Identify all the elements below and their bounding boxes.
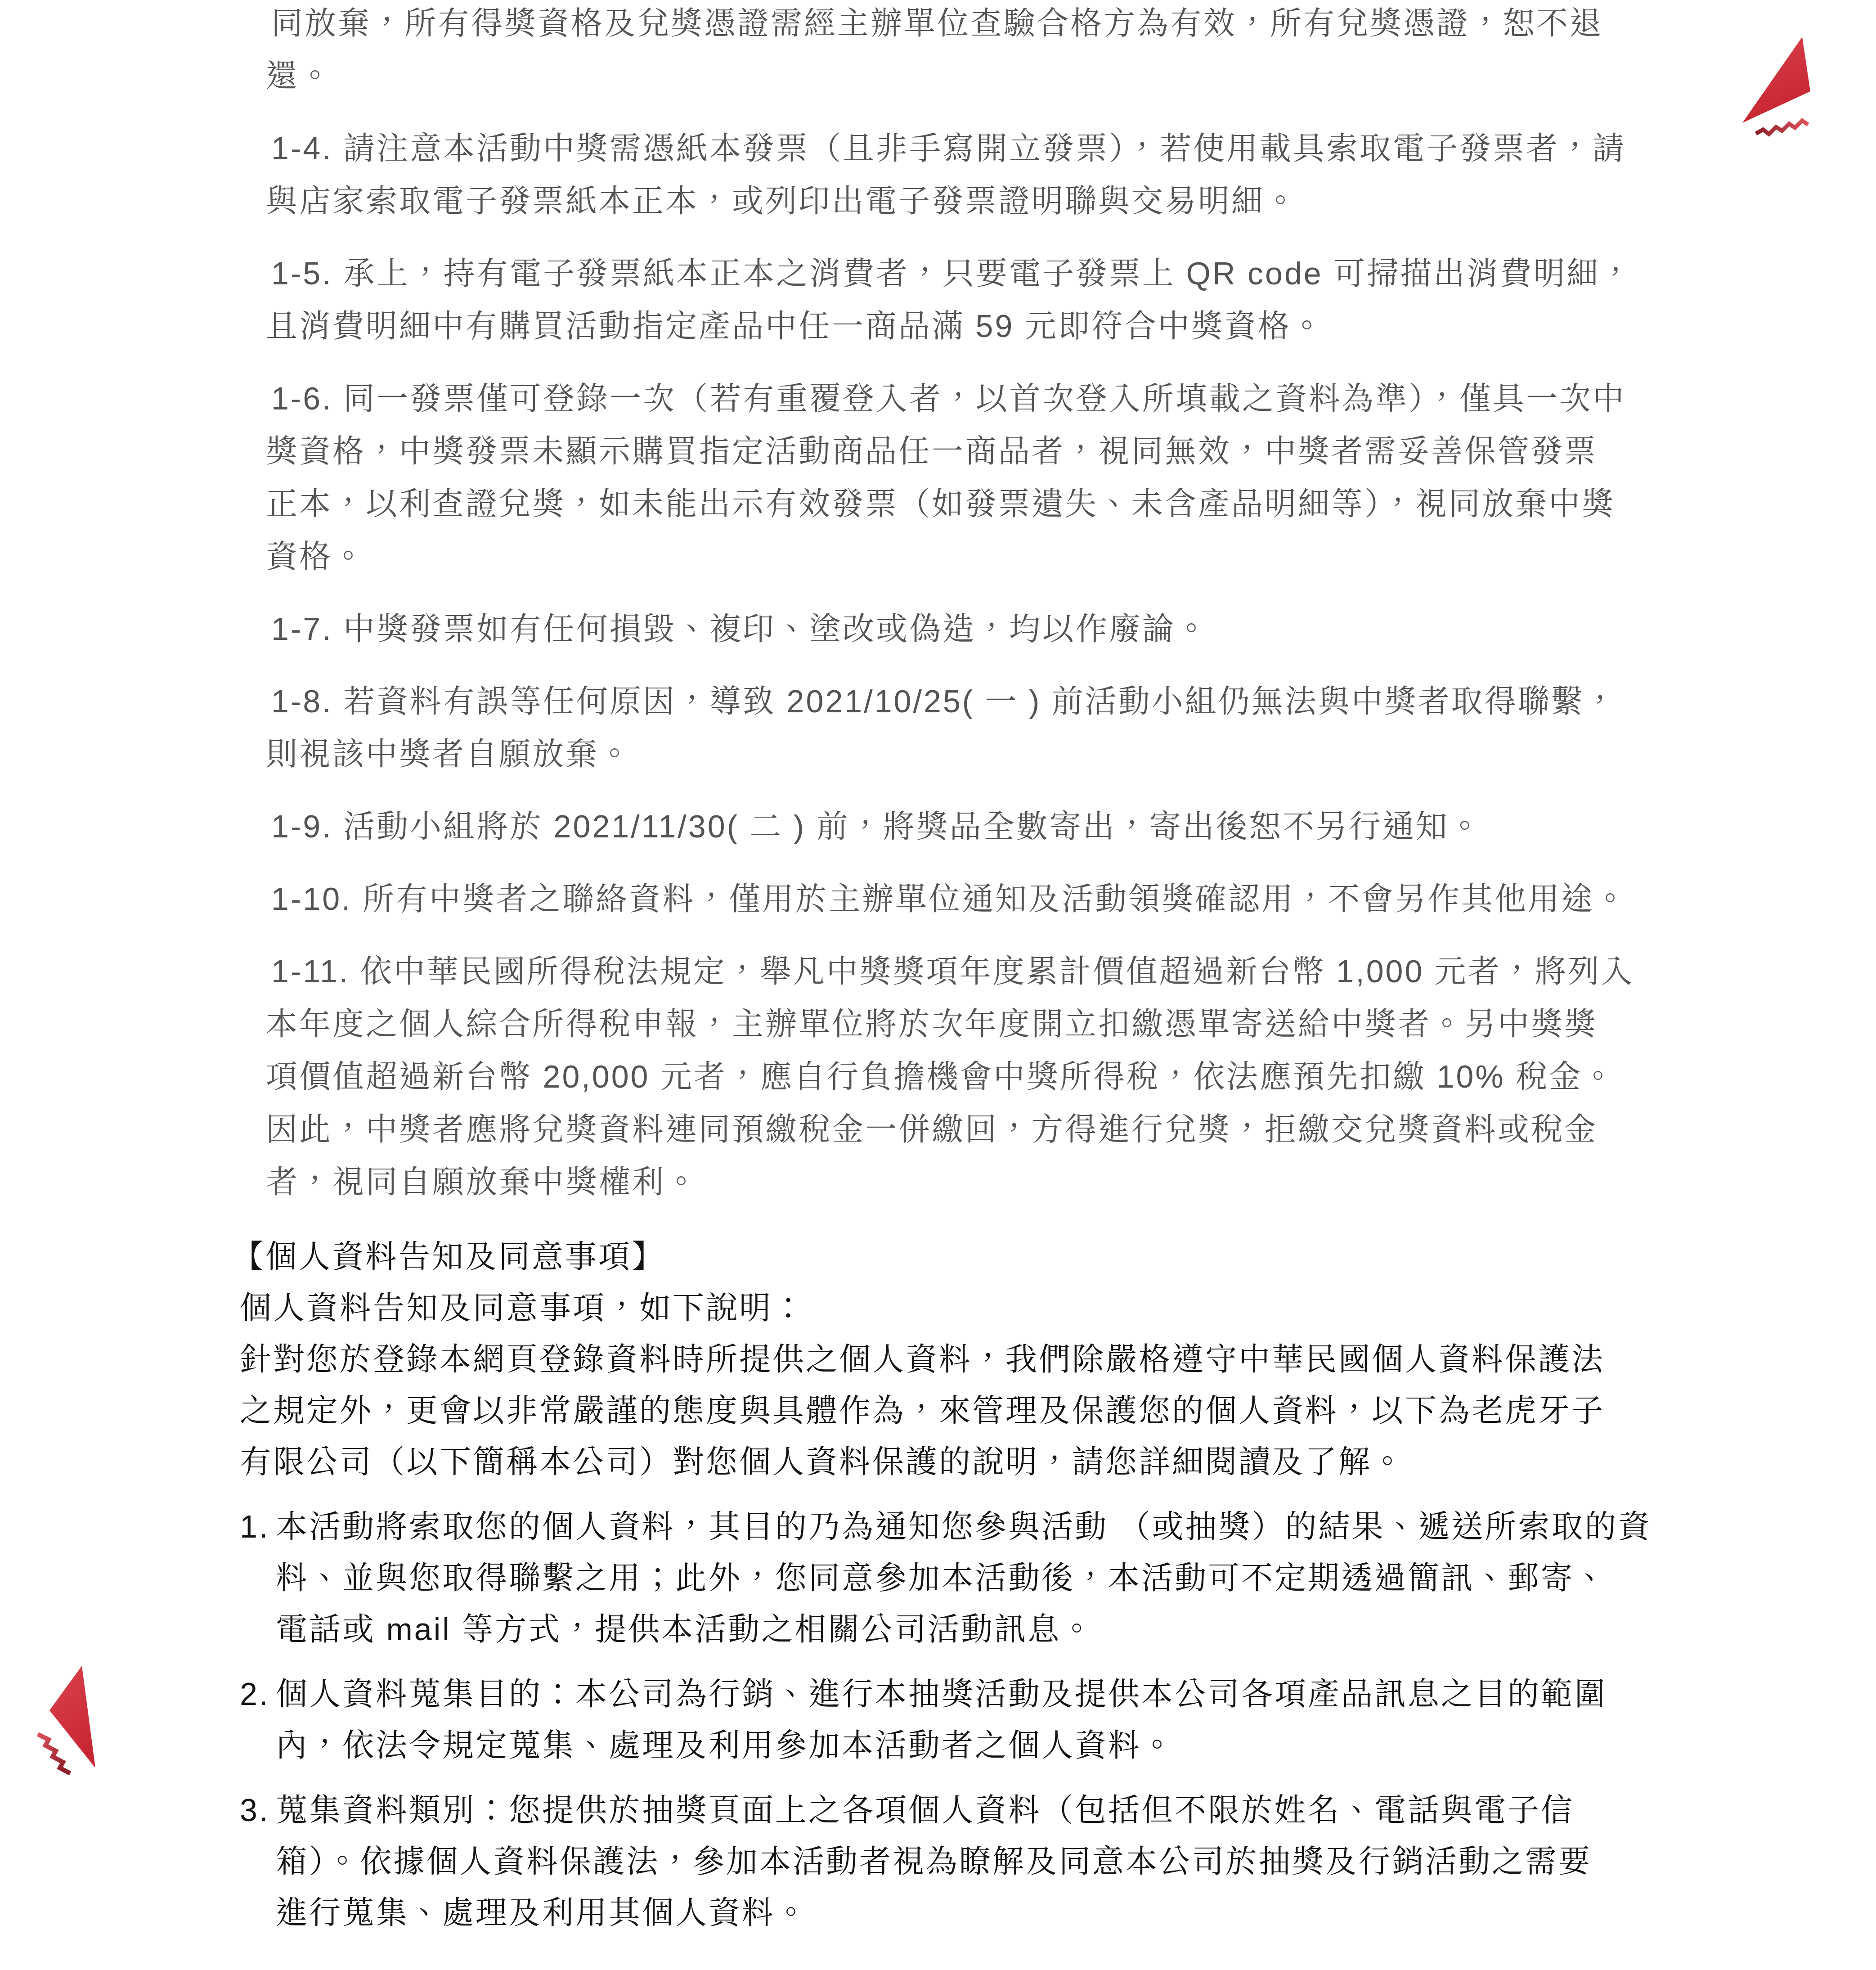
text-line: 者，視同自願放棄中獎權利。 xyxy=(266,1156,1656,1209)
red-triangle-zigzag-decoration-left xyxy=(27,1647,117,1782)
terms-section: 同放棄，所有得獎資格及兌獎憑證需經主辦單位查驗合格方為有效，所有兌獎憑證，恕不退… xyxy=(0,0,1656,1209)
text-line: 1-8. 若資料有誤等任何原因，導致 2021/10/25( 一 ) 前活動小組… xyxy=(266,675,1656,728)
text-line: 箱）。依據個人資料保護法，參加本活動者視為瞭解及同意本公司於抽獎及行銷活動之需要 xyxy=(276,1836,1657,1887)
text-line: 資格。 xyxy=(266,531,1656,583)
text-line: 1-6. 同一發票僅可登錄一次（若有重覆登入者，以首次登入所填載之資料為準），僅… xyxy=(266,373,1656,425)
text-line: 1-7. 中獎發票如有任何損毀、複印、塗改或偽造，均以作廢論。 xyxy=(266,603,1656,656)
terms-paragraph: 1-5. 承上，持有電子發票紙本正本之消費者，只要電子發票上 QR code 可… xyxy=(266,247,1656,353)
privacy-heading: 【個人資料告知及同意事項】 xyxy=(232,1231,1657,1282)
text-line: 項價值超過新台幣 20,000 元者，應自行負擔機會中獎所得稅，依法應預先扣繳 … xyxy=(266,1051,1656,1103)
text-line: 則視該中獎者自願放棄。 xyxy=(266,728,1656,781)
text-line: 進行蒐集、處理及利用其個人資料。 xyxy=(276,1887,1657,1939)
page: 同放棄，所有得獎資格及兌獎憑證需經主辦單位查驗合格方為有效，所有兌獎憑證，恕不退… xyxy=(0,0,1876,1970)
text-line: 且消費明細中有購買活動指定產品中任一商品滿 59 元即符合中獎資格。 xyxy=(266,300,1656,353)
terms-paragraph: 1-6. 同一發票僅可登錄一次（若有重覆登入者，以首次登入所填載之資料為準），僅… xyxy=(266,373,1656,583)
text-line: 電話或 mail 等方式，提供本活動之相關公司活動訊息。 xyxy=(276,1604,1657,1655)
text-line: 本年度之個人綜合所得稅申報，主辦單位將於次年度開立扣繳憑單寄送給中獎者。另中獎獎 xyxy=(266,998,1656,1051)
text-line: 1-4. 請注意本活動中獎需憑紙本發票（且非手寫開立發票），若使用載具索取電子發… xyxy=(266,122,1656,175)
text-line: 1-9. 活動小組將於 2021/11/30( 二 ) 前，將獎品全數寄出，寄出… xyxy=(266,801,1656,853)
zigzag-line xyxy=(1756,121,1808,134)
text-line: 正本，以利查證兌獎，如未能出示有效發票（如發票遺失、未含產品明細等），視同放棄中… xyxy=(266,478,1656,531)
terms-paragraph: 1-4. 請注意本活動中獎需憑紙本發票（且非手寫開立發票），若使用載具索取電子發… xyxy=(266,122,1656,228)
text-line: 個人資料蒐集目的：本公司為行銷、進行本抽獎活動及提供本公司各項產品訊息之目的範圍 xyxy=(276,1669,1657,1720)
text-line: 內，依法令規定蒐集、處理及利用參加本活動者之個人資料。 xyxy=(276,1720,1657,1771)
privacy-list-item: 1.本活動將索取您的個人資料，其目的乃為通知您參與活動 （或抽獎）的結果、遞送所… xyxy=(240,1501,1657,1655)
text-line: 與店家索取電子發票紙本正本，或列印出電子發票證明聯與交易明細。 xyxy=(266,175,1656,228)
privacy-list-item: 3.蒐集資料類別：您提供於抽獎頁面上之各項個人資料（包括但不限於姓名、電話與電子… xyxy=(240,1785,1657,1939)
text-line: 針對您於登錄本網頁登錄資料時所提供之個人資料，我們除嚴格遵守中華民國個人資料保護… xyxy=(240,1334,1657,1385)
terms-paragraph: 1-11. 依中華民國所得稅法規定，舉凡中獎獎項年度累計價值超過新台幣 1,00… xyxy=(266,945,1656,1209)
text-line: 蒐集資料類別：您提供於抽獎頁面上之各項個人資料（包括但不限於姓名、電話與電子信 xyxy=(276,1785,1657,1836)
list-item-number: 1. xyxy=(240,1501,269,1552)
text-line: 同放棄，所有得獎資格及兌獎憑證需經主辦單位查驗合格方為有效，所有兌獎憑證，恕不退 xyxy=(266,0,1656,50)
terms-paragraph: 同放棄，所有得獎資格及兌獎憑證需經主辦單位查驗合格方為有效，所有兌獎憑證，恕不退… xyxy=(266,0,1656,103)
list-item-number: 2. xyxy=(240,1669,269,1720)
text-line: 1-5. 承上，持有電子發票紙本正本之消費者，只要電子發票上 QR code 可… xyxy=(266,247,1656,300)
terms-paragraph: 1-10. 所有中獎者之聯絡資料，僅用於主辦單位通知及活動領獎確認用，不會另作其… xyxy=(266,873,1656,926)
terms-paragraph: 1-8. 若資料有誤等任何原因，導致 2021/10/25( 一 ) 前活動小組… xyxy=(266,675,1656,781)
text-line: 還。 xyxy=(266,50,1656,103)
triangle-shape xyxy=(1742,37,1810,123)
text-line: 之規定外，更會以非常嚴謹的態度與具體作為，來管理及保護您的個人資料，以下為老虎牙… xyxy=(240,1385,1657,1436)
text-line: 有限公司（以下簡稱本公司）對您個人資料保護的說明，請您詳細閱讀及了解。 xyxy=(240,1436,1657,1488)
text-line: 1-11. 依中華民國所得稅法規定，舉凡中獎獎項年度累計價值超過新台幣 1,00… xyxy=(266,945,1656,998)
privacy-list-item: 2.個人資料蒐集目的：本公司為行銷、進行本抽獎活動及提供本公司各項產品訊息之目的… xyxy=(240,1669,1657,1771)
text-line: 個人資料告知及同意事項，如下說明： xyxy=(240,1282,1657,1334)
privacy-intro: 個人資料告知及同意事項，如下說明：針對您於登錄本網頁登錄資料時所提供之個人資料，… xyxy=(240,1282,1657,1488)
privacy-list: 1.本活動將索取您的個人資料，其目的乃為通知您參與活動 （或抽獎）的結果、遞送所… xyxy=(240,1501,1657,1939)
text-line: 料、並與您取得聯繫之用；此外，您同意參加本活動後，本活動可不定期透過簡訊、郵寄、 xyxy=(276,1552,1657,1604)
text-line: 1-10. 所有中獎者之聯絡資料，僅用於主辦單位通知及活動領獎確認用，不會另作其… xyxy=(266,873,1656,926)
terms-paragraph: 1-9. 活動小組將於 2021/11/30( 二 ) 前，將獎品全數寄出，寄出… xyxy=(266,801,1656,853)
privacy-section: 【個人資料告知及同意事項】 個人資料告知及同意事項，如下說明：針對您於登錄本網頁… xyxy=(0,1231,1657,1939)
text-line: 獎資格，中獎發票未顯示購買指定活動商品任一商品者，視同無效，中獎者需妥善保管發票 xyxy=(266,425,1656,478)
text-line: 本活動將索取您的個人資料，其目的乃為通知您參與活動 （或抽獎）的結果、遞送所索取… xyxy=(276,1501,1657,1552)
list-item-number: 3. xyxy=(240,1785,269,1836)
terms-paragraph: 1-7. 中獎發票如有任何損毀、複印、塗改或偽造，均以作廢論。 xyxy=(266,603,1656,656)
red-triangle-zigzag-decoration-top-right xyxy=(1728,22,1827,139)
zigzag-line xyxy=(38,1734,70,1773)
text-line: 因此，中獎者應將兌獎資料連同預繳稅金一併繳回，方得進行兌獎，拒繳交兌獎資料或稅金 xyxy=(266,1103,1656,1156)
